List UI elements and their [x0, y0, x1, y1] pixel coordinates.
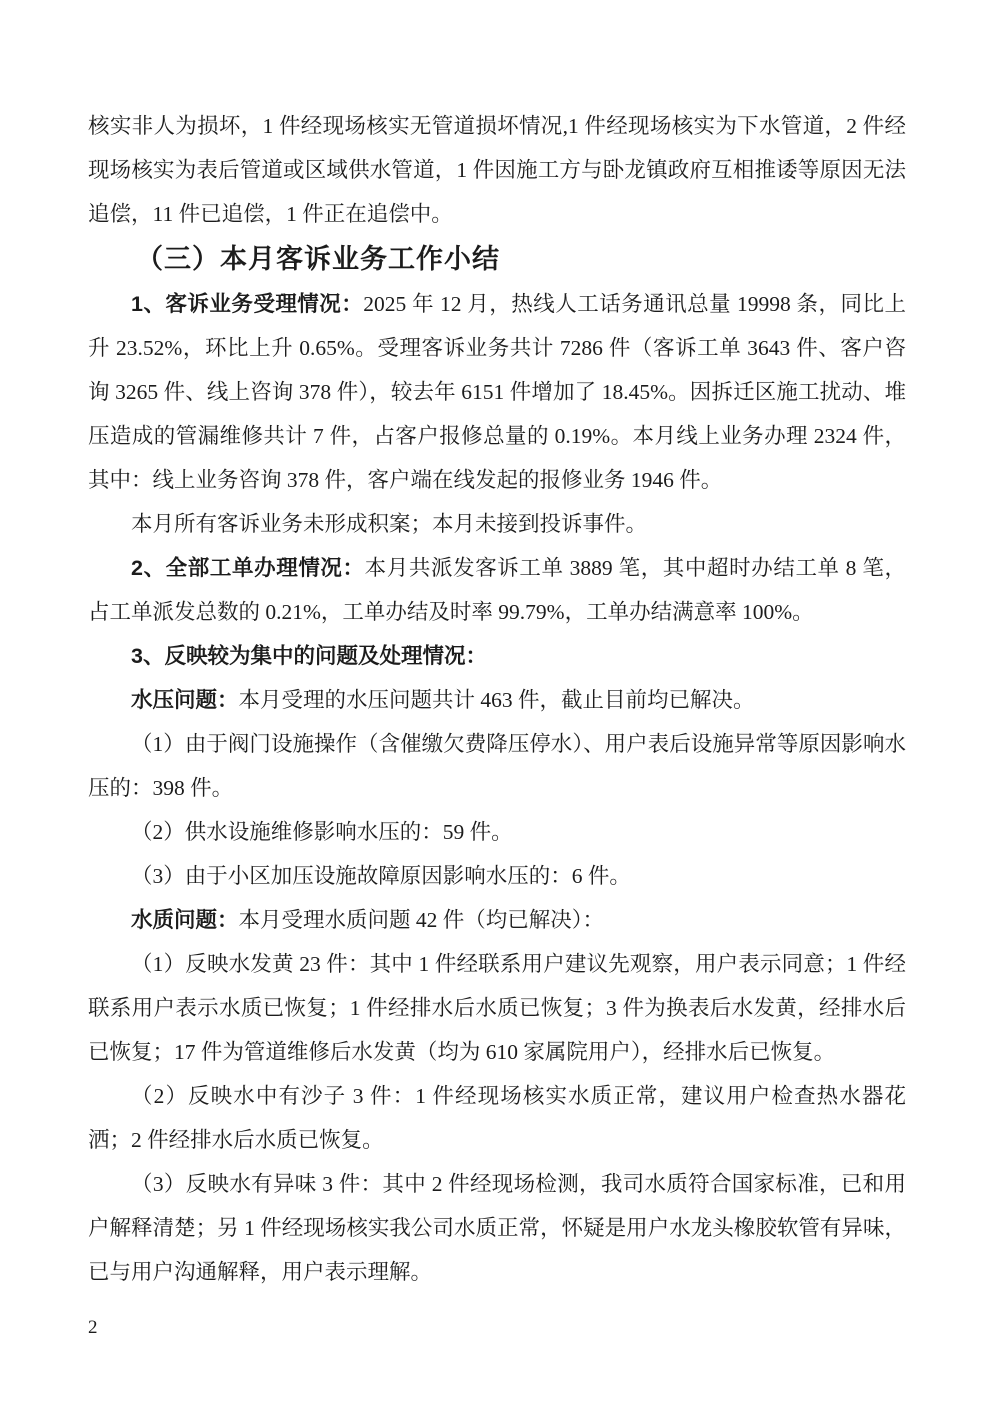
text-run: （2）供水设施维修影响水压的：59 件。 — [131, 820, 513, 844]
section-heading: （三）本月客诉业务工作小结 — [88, 236, 906, 282]
bold-text-run: （三）本月客诉业务工作小结 — [136, 244, 500, 274]
page-number: 2 — [88, 1317, 98, 1338]
text-run: （2）反映水中有沙子 3 件：1 件经现场核实水质正常，建议用户检查热水器花洒；… — [88, 1084, 906, 1152]
paragraph: 本月所有客诉业务未形成积案；本月未接到投诉事件。 — [88, 502, 906, 546]
text-run: （3）由于小区加压设施故障原因影响水压的：6 件。 — [131, 864, 631, 888]
text-run: 2025 年 12 月，热线人工话务通讯总量 19998 条，同比上升 23.5… — [88, 292, 906, 492]
paragraph: 核实非人为损坏，1 件经现场核实无管道损坏情况,1 件经现场核实为下水管道，2 … — [88, 104, 906, 236]
paragraph: （3）由于小区加压设施故障原因影响水压的：6 件。 — [88, 854, 906, 898]
paragraph: （3）反映水有异味 3 件：其中 2 件经现场检测，我司水质符合国家标准，已和用… — [88, 1162, 906, 1294]
paragraph: 水压问题：本月受理的水压问题共计 463 件，截止目前均已解决。 — [88, 678, 906, 722]
paragraph: 1、客诉业务受理情况：2025 年 12 月，热线人工话务通讯总量 19998 … — [88, 282, 906, 502]
bold-text-run: 2、全部工单办理情况： — [131, 556, 365, 580]
text-run: （1）由于阀门设施操作（含催缴欠费降压停水）、用户表后设施异常等原因影响水压的：… — [88, 732, 906, 800]
text-run: （3）反映水有异味 3 件：其中 2 件经现场检测，我司水质符合国家标准，已和用… — [88, 1172, 906, 1284]
paragraph: 水质问题：本月受理水质问题 42 件（均已解决）： — [88, 898, 906, 942]
paragraph: （1）由于阀门设施操作（含催缴欠费降压停水）、用户表后设施异常等原因影响水压的：… — [88, 722, 906, 810]
bold-text-run: 水压问题： — [131, 688, 239, 712]
page-footer: 2 — [88, 1316, 98, 1340]
document-body: 核实非人为损坏，1 件经现场核实无管道损坏情况,1 件经现场核实为下水管道，2 … — [88, 104, 906, 1294]
text-run: 核实非人为损坏，1 件经现场核实无管道损坏情况,1 件经现场核实为下水管道，2 … — [88, 114, 906, 226]
bold-text-run: 3、反映较为集中的问题及处理情况： — [131, 644, 487, 668]
text-run: （1）反映水发黄 23 件：其中 1 件经联系用户建议先观察，用户表示同意；1 … — [88, 952, 906, 1064]
text-run: 本月受理的水压问题共计 463 件，截止目前均已解决。 — [239, 688, 755, 712]
text-run: 本月所有客诉业务未形成积案；本月未接到投诉事件。 — [131, 512, 647, 536]
paragraph: 2、全部工单办理情况：本月共派发客诉工单 3889 笔，其中超时办结工单 8 笔… — [88, 546, 906, 634]
paragraph: （2）供水设施维修影响水压的：59 件。 — [88, 810, 906, 854]
paragraph: （2）反映水中有沙子 3 件：1 件经现场核实水质正常，建议用户检查热水器花洒；… — [88, 1074, 906, 1162]
paragraph: （1）反映水发黄 23 件：其中 1 件经联系用户建议先观察，用户表示同意；1 … — [88, 942, 906, 1074]
bold-text-run: 1、客诉业务受理情况： — [131, 292, 363, 316]
document-page: 核实非人为损坏，1 件经现场核实无管道损坏情况,1 件经现场核实为下水管道，2 … — [0, 0, 992, 1417]
paragraph: 3、反映较为集中的问题及处理情况： — [88, 634, 906, 678]
bold-text-run: 水质问题： — [131, 908, 239, 932]
text-run: 本月受理水质问题 42 件（均已解决）： — [239, 908, 605, 932]
